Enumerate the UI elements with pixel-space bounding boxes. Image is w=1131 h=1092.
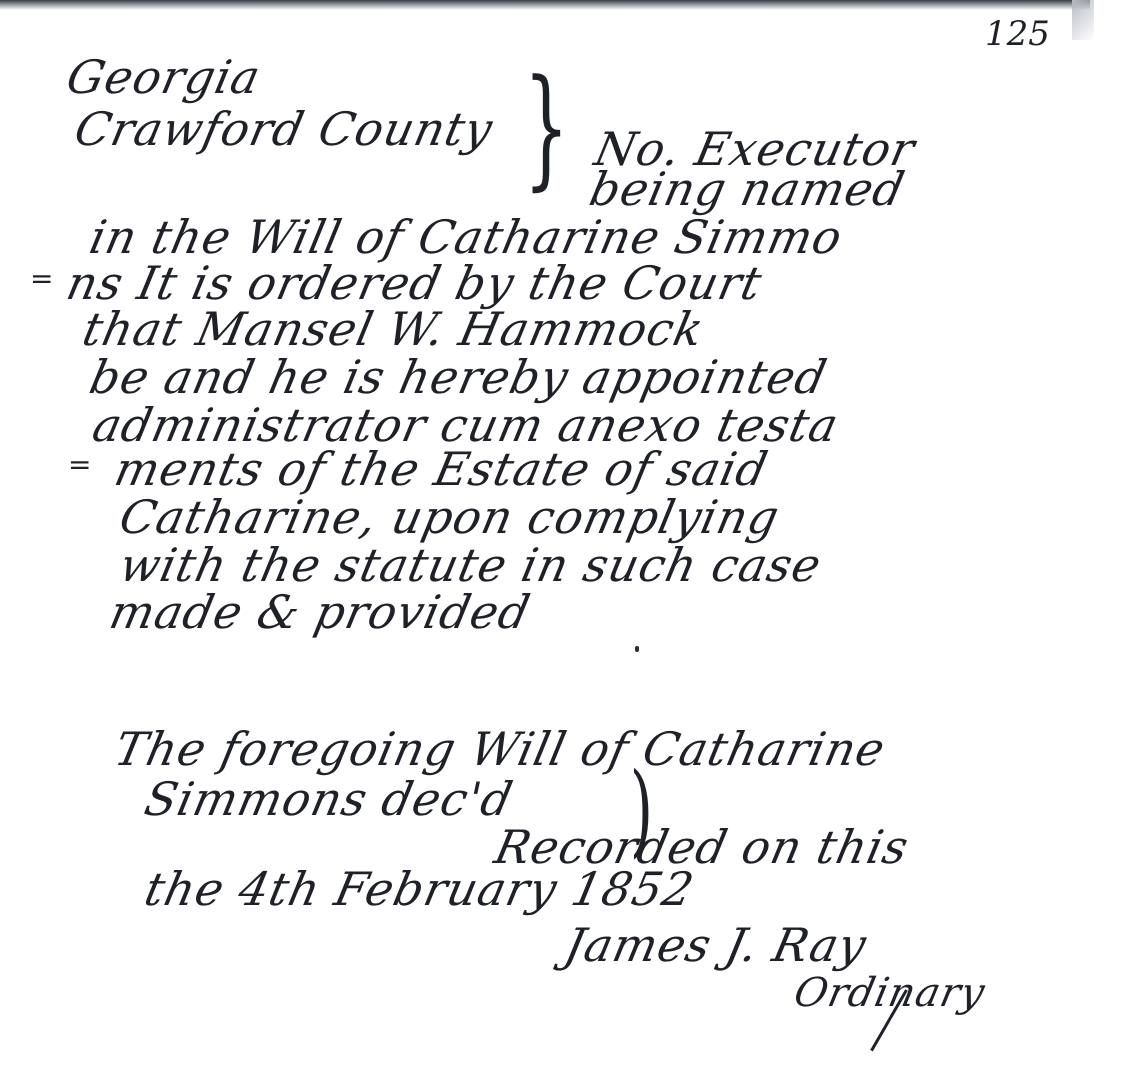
recording-line-1: The foregoing Will of Catharine <box>110 722 890 776</box>
signature: James J. Ray <box>560 918 872 972</box>
ink-dot <box>635 646 639 652</box>
order-line-11: made & provided <box>105 585 535 639</box>
page-top-edge <box>0 0 1090 10</box>
page-corner-shadow <box>1072 0 1094 40</box>
order-line-9: Catharine, upon complying <box>115 490 784 544</box>
order-line-2: being named <box>585 162 910 216</box>
order-line-8: ments of the Estate of said <box>110 442 773 496</box>
hyphen-mark: = <box>68 448 91 481</box>
order-line-6: be and he is hereby appointed <box>85 350 832 404</box>
order-line-10: with the statute in such case <box>115 538 826 592</box>
heading-county: Crawford County <box>70 102 498 156</box>
order-line-5: that Mansel W. Hammock <box>78 302 709 356</box>
signature-title: Ordinary <box>790 970 989 1016</box>
page-number: 125 <box>985 14 1050 54</box>
brace-mark: } <box>524 62 569 192</box>
recording-line-4: the 4th February 1852 <box>140 862 699 916</box>
hyphen-mark: = <box>30 262 53 295</box>
recording-line-2: Simmons dec'd <box>140 772 518 826</box>
heading-state: Georgia <box>62 50 266 104</box>
